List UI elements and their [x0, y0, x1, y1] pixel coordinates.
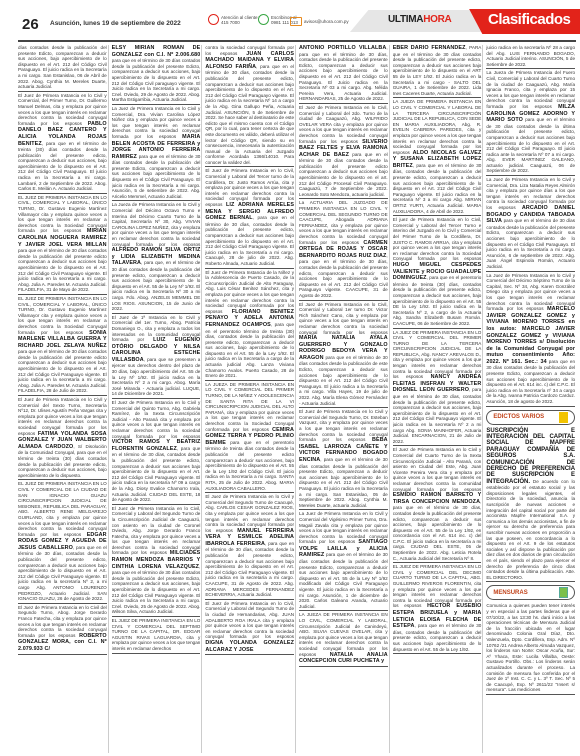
edicto-text: para que en el término de 30 días contad… — [299, 552, 388, 608]
court-intro: EL JUEZ DE PRIMERA INSTANCIA EN LO CIVIL… — [112, 618, 201, 651]
edicto-text: , para que se presenten a ejercer sus de… — [112, 357, 201, 397]
edicto-text: , para que en el término de 30 días cont… — [299, 457, 388, 508]
edicto-text: , para que en el término de 30 días, con… — [112, 446, 201, 502]
edicto-text: , para que en el término de 30 días, con… — [205, 64, 294, 165]
email-contact: avisos@uhora.com.py — [290, 17, 349, 26]
edicto-text: para que en el término de 30 días contad… — [112, 58, 201, 102]
mensuras-label: MENSURAS — [493, 590, 527, 596]
edicto-notice: El Juez de Primera Instancia en lo Civil… — [299, 409, 388, 510]
court-intro: El Juez de Primera Instancia en lo Civil… — [112, 506, 201, 556]
edicto-notice: El Juez de Primera Instancia en lo Civil… — [205, 168, 294, 268]
edicto-notice: El Juez de Primera Instancia en lo Civil… — [205, 494, 294, 600]
edicto-text: juicio radica en la secretaría Nº 28 a c… — [486, 45, 575, 67]
edicto-text: para que en el término de 30 días contad… — [299, 152, 388, 197]
spouse-names: ESMIDIO RAMON BARRETO Y TIRSA CONCEPCION… — [393, 492, 482, 505]
edicto-notice: EL JUEZ DE PRIMERA INSTANCIA EN LO CIVIL… — [393, 564, 482, 654]
edicto-notice: El Juez de Primera Instancia en lo Civil… — [205, 601, 294, 655]
edicto-text: para que en 30 días contados desde la pu… — [486, 359, 575, 404]
classifieds-columns: días contados desde la publicación del p… — [18, 45, 576, 753]
mail-icon — [290, 17, 302, 26]
edicto-title: SUSCRIPCIÓN E INTEGRACIÓN DEL CAPITAL SO… — [486, 428, 575, 485]
edicto-mensura: Comunica a quienes pueden tener interés … — [486, 603, 575, 695]
column-5: EBER DARIO FERNANDEZ, PARA que en el tér… — [393, 45, 484, 753]
court-intro: El juez de Primera Instancia en lo Civil… — [393, 217, 482, 261]
edicto-text: para que en el término de 30 días contad… — [18, 349, 107, 393]
court-intro: La Jueza de Primera Instancia en lo Civi… — [112, 202, 201, 246]
edicto-text: para que en el término de 30 días contad… — [299, 355, 388, 406]
edicto-notice: La Jueza de Primera Instancia en lo Civi… — [112, 202, 201, 313]
edicto-notice: El Juez de Primera Instancia en lo Civil… — [18, 397, 107, 480]
court-intro: El Juez de Primera Instancia en lo Civil… — [393, 447, 482, 491]
edicto-notice: El Juez de Primera Instancia en lo Civil… — [18, 93, 107, 194]
court-intro: El Juez de Primera Instancia de la Niñez… — [205, 270, 294, 314]
edicto-text: , para que en el término de 30 días cont… — [112, 564, 201, 615]
edicto-notice: LA JUEZA DE PRIMERA INSTANCIA EN LO CIVI… — [205, 382, 294, 493]
spouse-names: EBER DARIO FERNANDEZ — [393, 45, 466, 51]
edicto-text: , para que en el perentorio término de t… — [205, 322, 294, 378]
edicto-notice: El Juez de Primera Instancia en lo Civil… — [299, 302, 388, 409]
edicto-notice: El Juez de Primera Instancia de la Niñez… — [205, 270, 294, 381]
edicto-notice: juicio radica en la secretaría Nº 28 a c… — [486, 45, 575, 69]
spouse-names: MARCELO JAVIER GONZALEZ GOMEZ y VIVIANA … — [486, 306, 575, 365]
edicto-text: para que en el término de 30 días contad… — [486, 117, 575, 173]
court-intro: EL JUEZ DE PRIMERA INSTANCIA EN LO CIVIL… — [18, 481, 107, 536]
court-intro: LA JUEZA DE PRIMERA INSTANCIA EN LO CIVI… — [205, 382, 294, 432]
court-intro: El Juez de Primera Instancia en lo Civil… — [299, 302, 388, 335]
edicto-notice: La ACTUARIA DEL JUZGADO DE PRIMERA INSTA… — [299, 200, 388, 300]
edicto-notice: días contados desde la publicación del p… — [18, 45, 107, 92]
column-6: juicio radica en la secretaría Nº 28 a c… — [486, 45, 576, 753]
edicto-text: para que en el término de 30 días contad… — [486, 218, 575, 269]
edicto-text: , para que, en el término de 30 días con… — [112, 260, 201, 311]
edicto-notice: EL JUEZ DE PRIMERA INSTANCIA EN LO CIVIL… — [112, 618, 201, 654]
edicto-text: días contados desde la publicación del p… — [18, 45, 107, 89]
page-header: 26 Asunción, lunes 19 de septiembre de 2… — [0, 0, 580, 40]
edictos-varios-header: EDICTOS VARIOS — [486, 410, 575, 425]
column-3: contra la sociedad conyugal formada por … — [205, 45, 296, 753]
column-4: ANTONIO PORTILLO VILLALBA, para que en e… — [299, 45, 390, 753]
phone-contact: Atención al cliente: 415 7000 — [208, 14, 259, 25]
phone-label: Atención al cliente: — [221, 15, 259, 20]
spouse-names: DIGNA YOLANDA GONZALEZ ALCARAZ Y JOSE — [205, 640, 294, 653]
edicto-text: para que en el término de 30 días contad… — [18, 248, 107, 292]
edicto-text: , para que en el término de 30 días, con… — [299, 45, 388, 101]
edicto-notice: La Juez de Primera Instancia en lo Civil… — [299, 511, 388, 611]
edicto-text: , PARA que en el término de 30 días cont… — [393, 45, 482, 96]
section-title: Clasificados — [488, 11, 570, 28]
publication-date: Asunción, lunes 19 de septiembre de 2022 — [50, 20, 181, 27]
edicto-notice: ELSY MIRIAN ROMAN DE GONZALEZ con C.I. N… — [112, 45, 201, 105]
edicto-body: De acuerdo con lo establecido por el est… — [486, 479, 575, 580]
edicto-notice: LA JUEZA DE PRIMERA INSTANCIA EN LO CIVI… — [393, 99, 482, 216]
edicto-notice: El Juez de 1ª Instancia en lo Civil y Co… — [112, 315, 201, 399]
edicto-text: , para que en el término de 30 días, con… — [205, 541, 294, 597]
edicto-text: , para que en el término de 30 días, con… — [393, 163, 482, 214]
edictos-varios-label: EDICTOS VARIOS — [493, 414, 544, 420]
edicto-notice: LA JUEZ DE PRIMERA INSTANCIA EN LO CIVIL… — [393, 330, 482, 447]
phone-icon — [208, 14, 219, 25]
edicto-notice: EL JUEZ DE PRIMERA INSTANCIA EN LO CIVIL… — [18, 296, 107, 396]
edicto-text: , para que en el término de treinta (30)… — [18, 141, 107, 192]
court-intro: LA JUEZA DE PRIMERA INSTANCIA EN LO CIVI… — [393, 99, 482, 154]
edicto-notice: La Juez de Primera Instancia en lo Civil… — [112, 106, 201, 202]
email-address: avisos@uhora.com.py — [304, 19, 349, 24]
edicto-notice: El Juez de Primera Instancia en lo Civil… — [112, 400, 201, 505]
edicto-mapfre: SUSCRIPCIÓN E INTEGRACIÓN DEL CAPITAL SO… — [486, 428, 575, 583]
edicto-notice: El Juez de Primera Instancia en lo Civil… — [112, 506, 201, 617]
edictos-list: juicio radica en la secretaría Nº 28 a c… — [486, 45, 575, 407]
edicto-notice: El juez de Primera Instancia en lo Civil… — [393, 217, 482, 328]
phone-number: 415 7000 — [221, 20, 259, 25]
edicto-notice: contra la sociedad conyugal formada por … — [205, 45, 294, 167]
court-intro: El Juez de Primera Instancia en lo Civil… — [112, 400, 201, 439]
edicto-text: , para que en el término de 30 días, con… — [393, 387, 482, 443]
edicto-notice: ANTONIO PORTILLO VILLALBA, para que en e… — [299, 45, 388, 104]
column-1: días contados desde la publicación del p… — [18, 45, 109, 753]
spouse-names: ELSY MIRIAN ROMAN DE GONZALEZ con C.I. N… — [112, 45, 201, 58]
court-intro: LA JUEZ DE PRIMERA INSTANCIA EN LO CIVIL… — [393, 330, 482, 380]
mensuras-header: MENSURAS — [486, 585, 575, 600]
mensura-body: Comunica a quienes pueden tener interés … — [486, 603, 575, 692]
edicto-notice: EL JUEZ DE PRIMERA INSTANCIA EN LO CIVIL… — [18, 481, 107, 603]
edicto-text: para que en el término de 30 días contad… — [112, 154, 201, 199]
edicto-notice: La Juez de Primera Instancia en lo Civil… — [486, 177, 575, 272]
court-intro: EL JUEZ DE PRIMERA INSTANCIA EN LO CIVIL… — [393, 564, 482, 608]
newspaper-logo: ULTIMAHORA — [388, 14, 451, 25]
page-number: 26 — [22, 16, 39, 33]
edicto-notice: LA JUEZA DE PRIMERA INSTANCIA EN LO CIVI… — [299, 612, 388, 666]
edicto-notice: EL JUEZ DE PRIMERA INSTANCIA EN LO CIVIL… — [18, 195, 107, 295]
edicto-notice: La Jueza de Primera Instancia del Fuero … — [486, 70, 575, 176]
column-2: ELSY MIRIAN ROMAN DE GONZALEZ con C.I. N… — [112, 45, 203, 753]
edicto-notice: El Juez de Primera Instancia en lo Civil… — [299, 105, 388, 200]
whatsapp-icon — [258, 14, 269, 25]
spouse-names: ANTONIO PORTILLO VILLALBA — [299, 45, 386, 51]
edicto-text: , para que en el término de 30 días, con… — [393, 499, 482, 561]
court-intro: El Juez de Primera Instancia en lo Civil… — [205, 601, 294, 640]
edicto-notice: La Juez de Primera Instancia en lo Civil… — [486, 273, 575, 407]
edicto-notice: El Juez de Primera Instancia en lo Civil… — [393, 447, 482, 563]
edicto-notice: El Juez de Primera Instancia en lo Civil… — [18, 605, 107, 655]
court-intro: La ACTUARIA DEL JUZGADO DE PRIMERA INSTA… — [299, 200, 388, 244]
edicto-text: , para que en el término de 30 días, con… — [205, 215, 294, 266]
edicto-text: , para que en el perentorio término de t… — [393, 275, 482, 326]
edicto-notice: EBER DARIO FERNANDEZ, PARA que en el tér… — [393, 45, 482, 98]
notice-icon — [559, 412, 568, 423]
edicto-text: para que en el perentorio término de tre… — [205, 440, 294, 491]
edicto-text: , para que en el término de 30 días, con… — [18, 545, 107, 601]
court-intro: LA JUEZA DE PRIMERA INSTANCIA EN LO CIVI… — [299, 612, 388, 656]
header-rule — [18, 40, 576, 42]
map-icon — [559, 587, 568, 598]
edicto-text: , para que en el término de 30 días, con… — [299, 253, 388, 298]
